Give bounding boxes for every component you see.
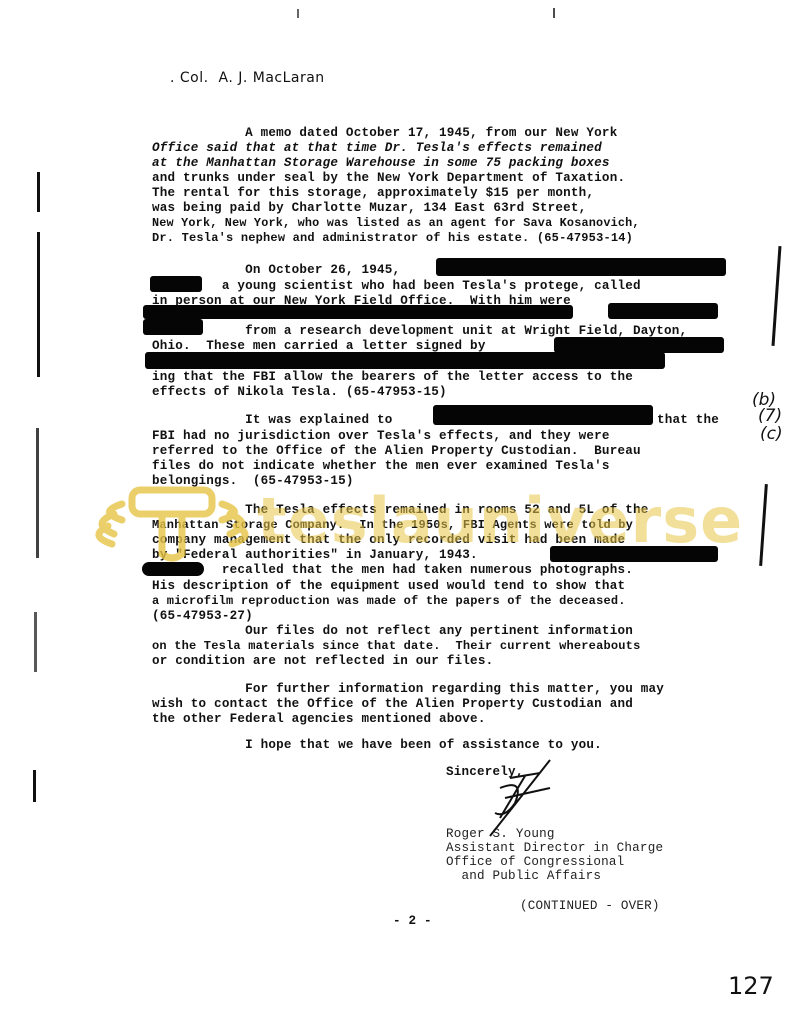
document-page: . Col. A. J. MacLaran A memo dated Octob…: [0, 0, 800, 1033]
margin-bar: [33, 770, 36, 802]
margin-bar: [36, 428, 39, 558]
margin-bar: [37, 232, 40, 377]
text-line: ing that the FBI allow the bearers of th…: [152, 370, 633, 384]
exemption-7-annotation: (7): [758, 406, 782, 426]
text-line: from a research development unit at Wrig…: [152, 324, 687, 338]
signer-office: Office of Congressional: [446, 855, 624, 869]
text-line: (65-47953-27): [152, 609, 253, 623]
text-line: by "Federal authorities" in January, 194…: [152, 548, 478, 562]
addressee: . Col. A. J. MacLaran: [170, 70, 325, 86]
text-line: the other Federal agencies mentioned abo…: [152, 712, 486, 726]
text-line: FBI had no jurisdiction over Tesla's eff…: [152, 429, 610, 443]
margin-line: [772, 246, 782, 346]
text-line: Manhattan Storage Company. In the 1950s,…: [152, 518, 633, 532]
text-line: Dr. Tesla's nephew and administrator of …: [152, 231, 633, 245]
text-line: a microfilm reproduction was made of the…: [152, 594, 626, 608]
handwritten-page-number: 127: [728, 972, 774, 1000]
text-line: that the: [657, 413, 719, 427]
text-line: on the Tesla materials since that date. …: [152, 639, 640, 653]
text-line: On October 26, 1945,: [152, 263, 400, 277]
text-line: wish to contact the Office of the Alien …: [152, 697, 633, 711]
text-line: was being paid by Charlotte Muzar, 134 E…: [152, 201, 586, 215]
redaction-block: [145, 352, 665, 369]
text-line: It was explained to: [152, 413, 392, 427]
signature: [470, 758, 560, 838]
redaction-block: [142, 562, 204, 576]
continued-note: (CONTINUED - OVER): [520, 899, 660, 913]
text-line: files do not indicate whether the men ev…: [152, 459, 610, 473]
redaction-block: [143, 319, 203, 335]
text-line: effects of Nikola Tesla. (65-47953-15): [152, 385, 447, 399]
exemption-c-annotation: (c): [760, 424, 783, 444]
scan-speck: [297, 9, 299, 18]
scan-speck: [553, 8, 555, 18]
redaction-block: [550, 546, 718, 562]
margin-line: [759, 484, 768, 566]
redaction-block: [608, 303, 718, 319]
margin-bar: [34, 612, 37, 672]
text-line: The Tesla effects remained in rooms 52 a…: [152, 503, 648, 517]
text-line: a young scientist who had been Tesla's p…: [152, 279, 641, 293]
text-line: His description of the equipment used wo…: [152, 579, 625, 593]
text-line: The rental for this storage, approximate…: [152, 186, 594, 200]
text-line: Ohio. These men carried a letter signed …: [152, 339, 486, 353]
margin-bar: [37, 172, 40, 212]
text-line: Office said that at that time Dr. Tesla'…: [152, 141, 602, 155]
page-number: - 2 -: [393, 914, 432, 928]
text-line: belongings. (65-47953-15): [152, 474, 354, 488]
text-line: For further information regarding this m…: [152, 682, 664, 696]
text-line: New York, New York, who was listed as an…: [152, 216, 640, 230]
redaction-block: [143, 305, 573, 319]
text-line: company management that the only recorde…: [152, 533, 625, 547]
text-line: A memo dated October 17, 1945, from our …: [152, 126, 617, 140]
redaction-block: [150, 276, 202, 292]
redaction-block: [436, 258, 726, 276]
text-line: and trunks under seal by the New York De…: [152, 171, 625, 185]
signer-title: Assistant Director in Charge: [446, 841, 663, 855]
text-line: I hope that we have been of assistance t…: [152, 738, 602, 752]
signer-office-2: and Public Affairs: [446, 869, 601, 883]
text-line: at the Manhattan Storage Warehouse in so…: [152, 156, 610, 170]
redaction-block: [554, 337, 724, 353]
text-line: recalled that the men had taken numerous…: [152, 563, 633, 577]
text-line: or condition are not reflected in our fi…: [152, 654, 493, 668]
text-line: Our files do not reflect any pertinent i…: [152, 624, 633, 638]
redaction-block: [433, 405, 653, 425]
text-line: referred to the Office of the Alien Prop…: [152, 444, 641, 458]
